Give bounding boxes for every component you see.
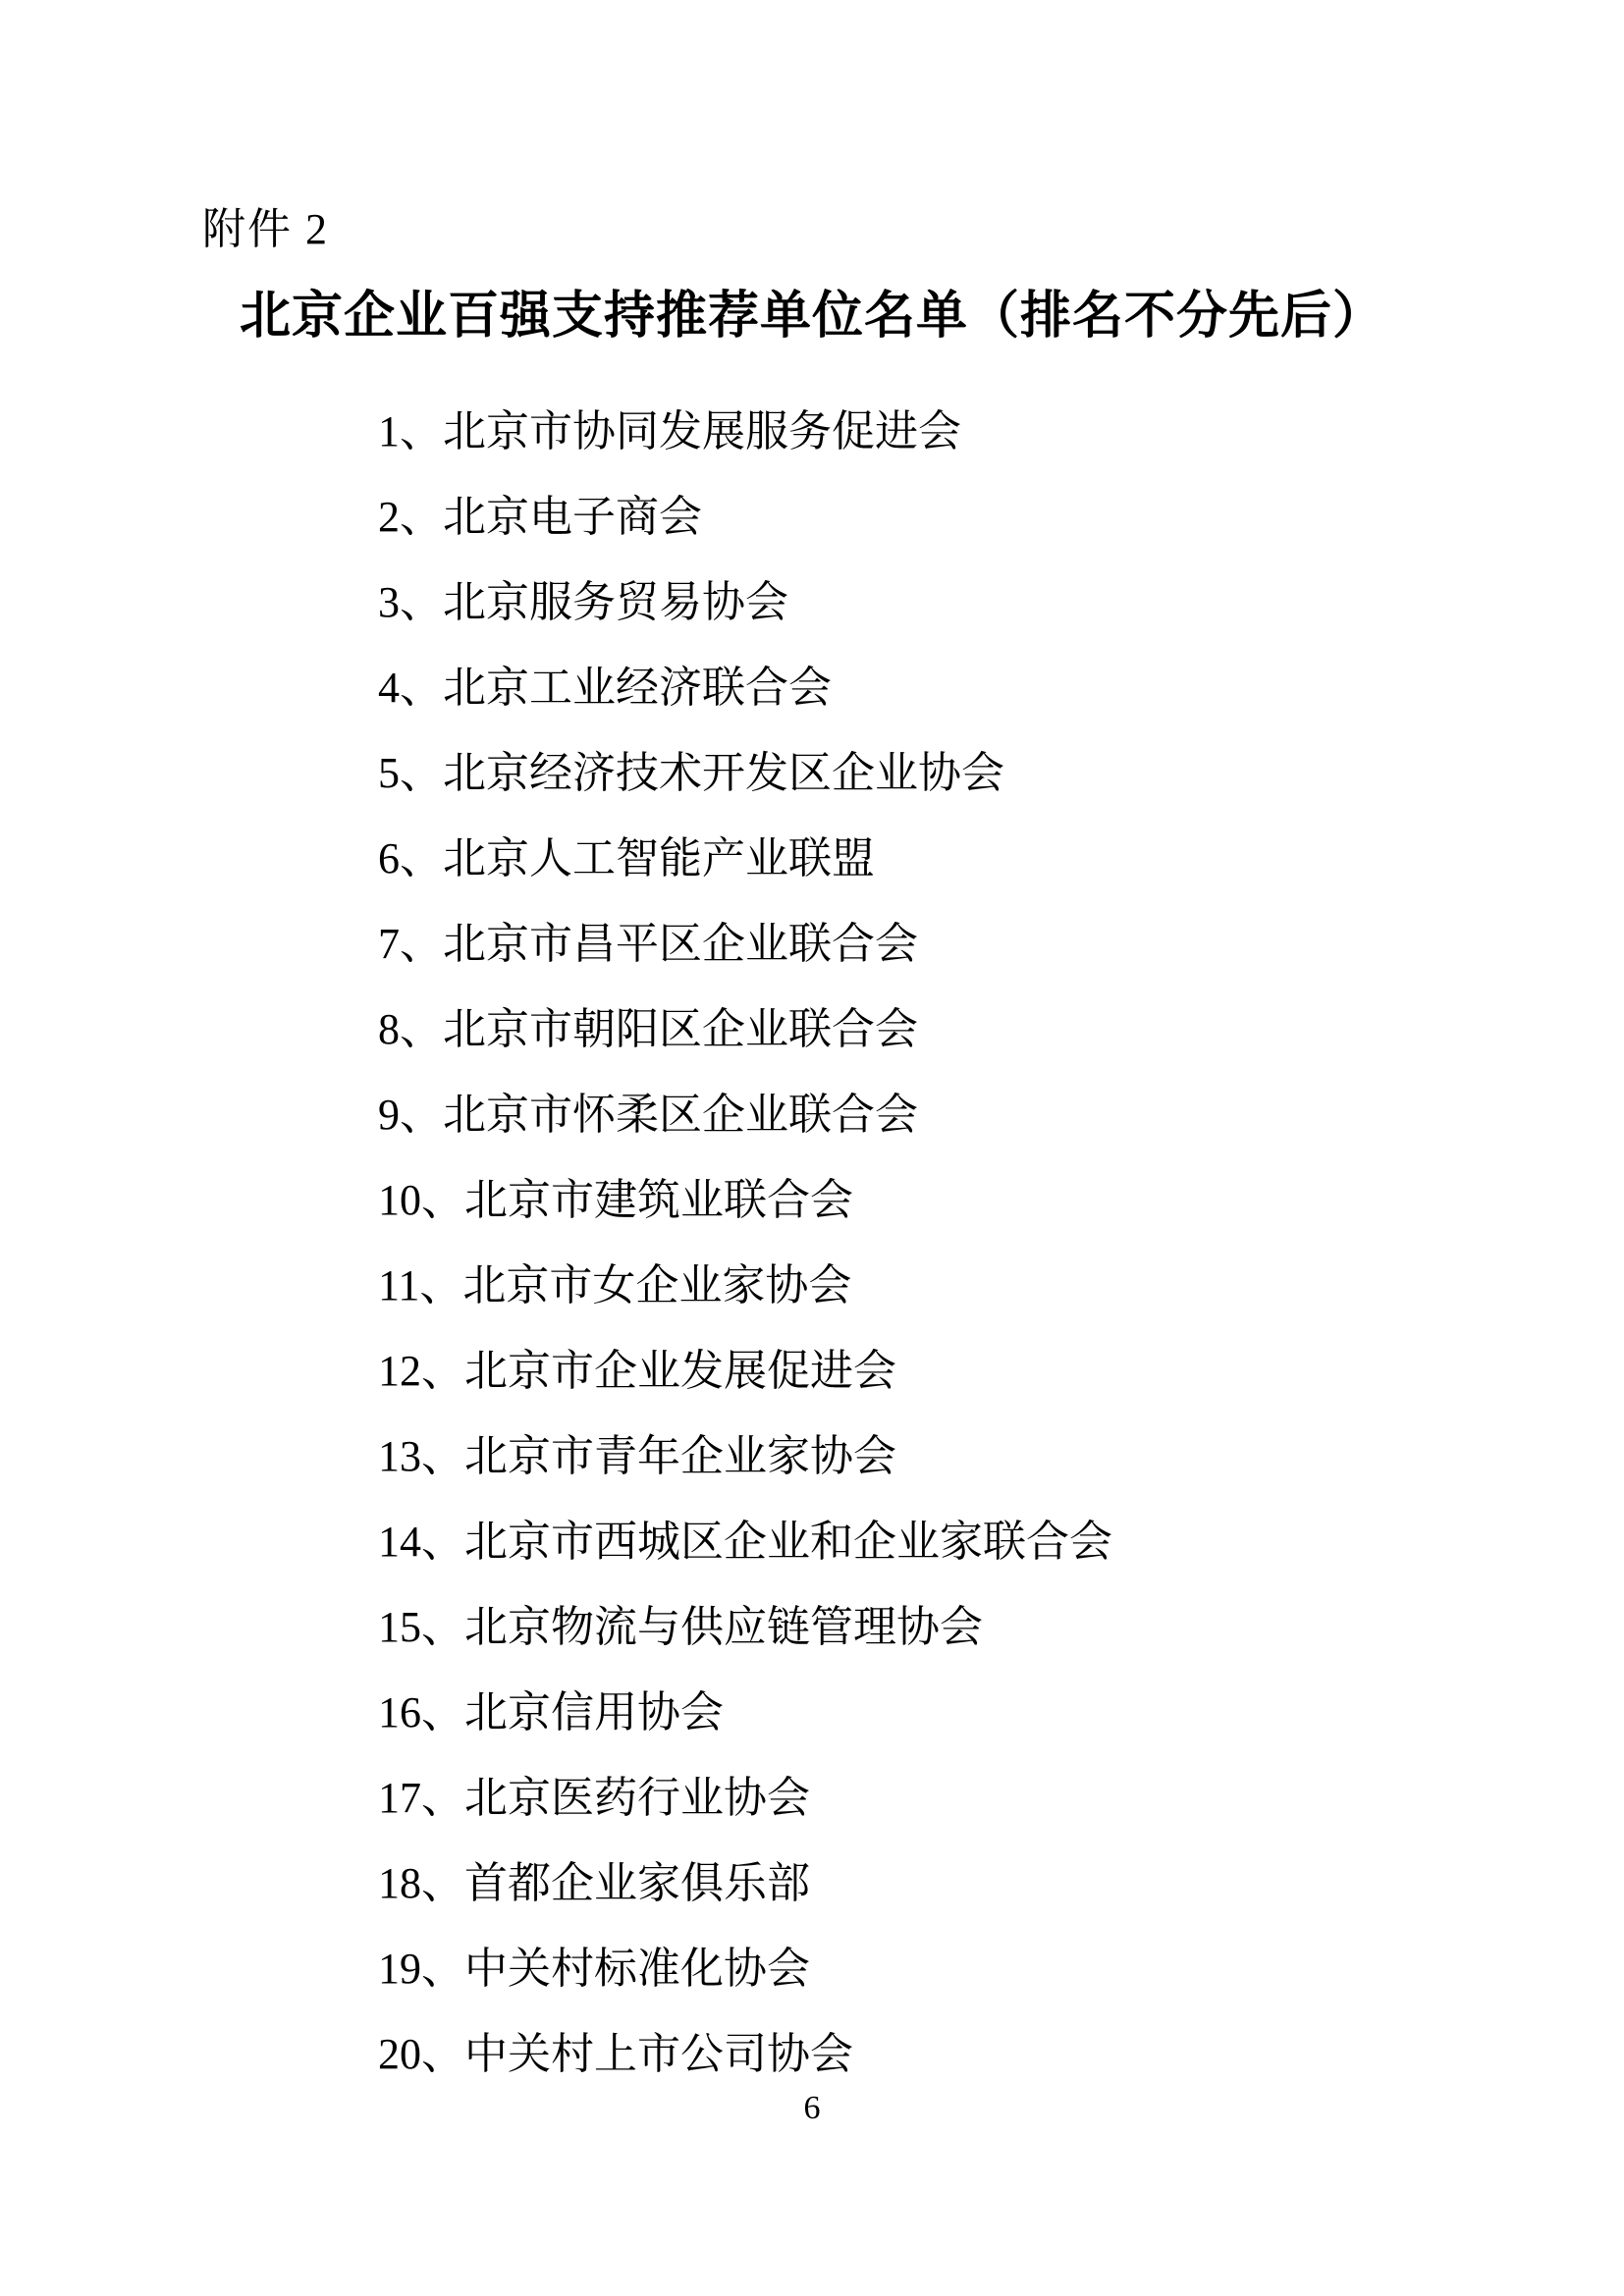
list-item: 4、北京工业经济联合会 — [378, 640, 1506, 725]
item-number: 11、 — [378, 1250, 462, 1312]
list-item: 7、北京市昌平区企业联合会 — [378, 896, 1506, 982]
list-item: 10、北京市建筑业联合会 — [378, 1152, 1506, 1238]
item-number: 8、 — [378, 993, 443, 1056]
item-number: 6、 — [378, 823, 443, 885]
item-number: 1、 — [378, 396, 443, 458]
item-number: 2、 — [378, 481, 443, 544]
item-name: 北京工业经济联合会 — [443, 652, 832, 715]
item-name: 中关村上市公司协会 — [464, 2018, 853, 2081]
item-name: 北京市西城区企业和企业家联合会 — [464, 1506, 1112, 1569]
list-item: 5、北京经济技术开发区企业协会 — [378, 725, 1506, 811]
item-name: 北京市青年企业家协会 — [464, 1420, 896, 1483]
list-item: 15、北京物流与供应链管理协会 — [378, 1579, 1506, 1665]
list-item: 3、北京服务贸易协会 — [378, 555, 1506, 640]
list-item: 18、首都企业家俱乐部 — [378, 1836, 1506, 1921]
item-number: 14、 — [378, 1506, 464, 1569]
list-item: 9、北京市怀柔区企业联合会 — [378, 1067, 1506, 1152]
item-name: 北京市协同发展服务促进会 — [443, 396, 961, 458]
item-name: 北京人工智能产业联盟 — [443, 823, 875, 885]
item-name: 北京市建筑业联合会 — [464, 1164, 853, 1227]
item-number: 10、 — [378, 1164, 464, 1227]
attachment-label: 附件 2 — [202, 204, 329, 255]
item-name: 北京信用协会 — [464, 1677, 724, 1739]
item-name: 北京市女企业家协会 — [462, 1250, 851, 1312]
item-number: 5、 — [378, 737, 443, 800]
item-name: 北京市怀柔区企业联合会 — [443, 1079, 918, 1142]
list-item: 13、北京市青年企业家协会 — [378, 1409, 1506, 1494]
item-name: 北京市企业发展促进会 — [464, 1335, 896, 1398]
item-number: 12、 — [378, 1335, 464, 1398]
list-item: 14、北京市西城区企业和企业家联合会 — [378, 1494, 1506, 1579]
document-page: 附件 2 北京企业百强支持推荐单位名单（排名不分先后） 1、北京市协同发展服务促… — [0, 0, 1624, 2296]
item-number: 20、 — [378, 2018, 464, 2081]
unit-list: 1、北京市协同发展服务促进会2、北京电子商会3、北京服务贸易协会4、北京工业经济… — [378, 384, 1506, 2092]
item-name: 首都企业家俱乐部 — [464, 1847, 810, 1910]
list-item: 20、中关村上市公司协会 — [378, 2006, 1506, 2092]
list-item: 8、北京市朝阳区企业联合会 — [378, 982, 1506, 1067]
item-number: 9、 — [378, 1079, 443, 1142]
item-name: 北京电子商会 — [443, 481, 702, 544]
list-item: 17、北京医药行业协会 — [378, 1750, 1506, 1836]
list-item: 2、北京电子商会 — [378, 469, 1506, 555]
item-name: 北京市朝阳区企业联合会 — [443, 993, 918, 1056]
item-number: 19、 — [378, 1933, 464, 1996]
item-name: 北京经济技术开发区企业协会 — [443, 737, 1004, 800]
item-number: 13、 — [378, 1420, 464, 1483]
item-name: 北京服务贸易协会 — [443, 566, 788, 629]
item-number: 15、 — [378, 1591, 464, 1654]
item-name: 北京医药行业协会 — [464, 1762, 810, 1825]
list-item: 1、北京市协同发展服务促进会 — [378, 384, 1506, 469]
page-title: 北京企业百强支持推荐单位名单（排名不分先后） — [0, 285, 1624, 349]
item-name: 中关村标准化协会 — [464, 1933, 810, 1996]
list-item: 6、北京人工智能产业联盟 — [378, 811, 1506, 896]
item-number: 4、 — [378, 652, 443, 715]
item-number: 3、 — [378, 566, 443, 629]
item-name: 北京物流与供应链管理协会 — [464, 1591, 983, 1654]
item-name: 北京市昌平区企业联合会 — [443, 908, 918, 971]
list-item: 11、北京市女企业家协会 — [378, 1238, 1506, 1323]
item-number: 17、 — [378, 1762, 464, 1825]
item-number: 18、 — [378, 1847, 464, 1910]
list-item: 12、北京市企业发展促进会 — [378, 1323, 1506, 1409]
page-number: 6 — [0, 2089, 1624, 2128]
item-number: 7、 — [378, 908, 443, 971]
item-number: 16、 — [378, 1677, 464, 1739]
list-item: 16、北京信用协会 — [378, 1665, 1506, 1750]
list-item: 19、中关村标准化协会 — [378, 1921, 1506, 2006]
